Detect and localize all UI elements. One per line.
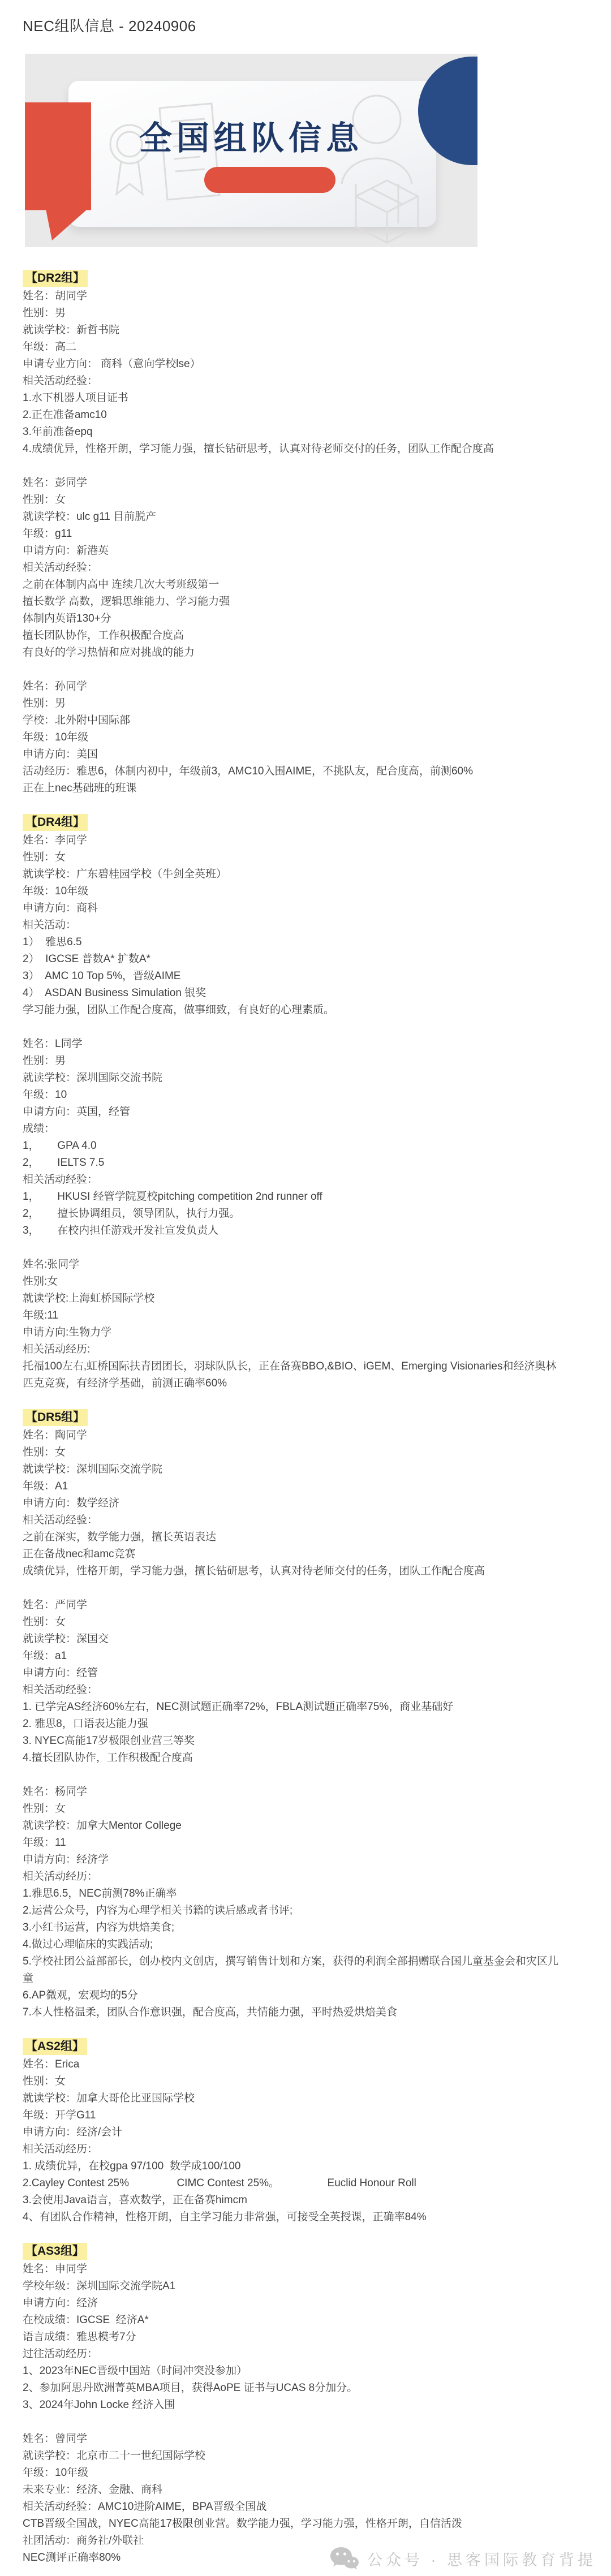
record-line: 就读学校：深国交 — [23, 1631, 566, 1648]
record-line: 申请方向：新港英 — [23, 542, 566, 559]
record-line: 性别:女 — [23, 1273, 566, 1290]
group-section: 【DR2组】姓名：胡同学性别：男就读学校：新哲书院年级：高二申请专业方向： 商科… — [23, 270, 566, 797]
student-record: 姓名：孙同学性别：男学校：北外附中国际部年级：10年级申请方向：美国活动经历：雅… — [23, 678, 566, 797]
page-title: NEC组队信息 - 20240906 — [23, 15, 611, 36]
group-label: 【DR5组】 — [23, 1409, 88, 1426]
record-line: 相关活动经历： — [23, 2141, 566, 2158]
record-line: 年级：g11 — [23, 525, 566, 542]
record-line: 2、参加阿思丹欧洲菁英MBA项目，获得AoPE 证书与UCAS 8分加分。 — [23, 2380, 566, 2397]
record-line: 7.本人性格温柔，团队合作意识强，配合度高，共情能力强，平时热爱烘焙美食 — [23, 2004, 566, 2021]
record-line: 活动经历：雅思6，体制内初中，年级前3，AMC10入围AIME，不挑队友，配合度… — [23, 763, 566, 780]
banner-title: 全国组队信息 — [25, 111, 477, 159]
record-line: 正在上nec基础班的班课 — [23, 780, 566, 797]
record-line: 申请方向：经管 — [23, 1665, 566, 1682]
student-record: 姓名：申同学学校年级：深圳国际交流学院A1申请方向：经济在校成绩：IGCSE 经… — [23, 2261, 566, 2414]
record-line: 6.AP微观，宏观均的5分 — [23, 1987, 566, 2004]
record-line: 就读学校：加拿大Mentor College — [23, 1817, 566, 1834]
record-line: 性别：女 — [23, 2073, 566, 2090]
record-line: 姓名：李同学 — [23, 832, 566, 849]
record-line: 相关活动经历: — [23, 1341, 566, 1358]
record-line: 姓名：严同学 — [23, 1597, 566, 1614]
record-line: 年级：10 — [23, 1087, 566, 1104]
record-line: 3） AMC 10 Top 5%，晋级AIME — [23, 968, 566, 985]
record-line: 2.正在准备amc10 — [23, 407, 566, 424]
student-record: 姓名：严同学性别：女就读学校：深国交年级：a1申请方向：经管相关活动经验：1. … — [23, 1597, 566, 1767]
record-line: CTB晋级全国战，NYEC高能17极限创业营。数学能力强，学习能力强，性格开朗，… — [23, 2515, 566, 2532]
record-line: 申请专业方向： 商科（意向学校lse） — [23, 356, 566, 373]
record-line: 学校年级：深圳国际交流学院A1 — [23, 2278, 566, 2295]
record-line: 姓名：申同学 — [23, 2261, 566, 2278]
record-line: 之前在体制内高中 连续几次大考班级第一 — [23, 576, 566, 593]
record-line: 申请方向：英国，经管 — [23, 1104, 566, 1121]
record-line: 就读学校：新哲书院 — [23, 322, 566, 339]
group-label: 【AS2组】 — [23, 2038, 87, 2055]
record-line: 1. 已学完AS经济60%左右，NEC测试题正确率72%，FBLA测试题正确率7… — [23, 1699, 566, 1716]
record-line: 姓名：曾同学 — [23, 2431, 566, 2448]
record-line: 在校成绩：IGCSE 经济A* — [23, 2312, 566, 2329]
record-line: 2） IGCSE 普数A* 扩数A* — [23, 951, 566, 968]
record-line: 性别：女 — [23, 492, 566, 509]
watermark: 公众号 · 思客国际教育背提 — [330, 2546, 596, 2571]
record-line: 性别：男 — [23, 305, 566, 322]
group-section: 【DR5组】姓名：陶同学性别：女就读学校：深圳国际交流学院年级：A1申请方向：数… — [23, 1409, 566, 2021]
group-header: 【DR4组】 — [23, 814, 566, 832]
record-line: 性别：男 — [23, 1053, 566, 1070]
record-line: 性别：女 — [23, 1614, 566, 1631]
group-section: 【AS3组】姓名：申同学学校年级：深圳国际交流学院A1申请方向：经济在校成绩：I… — [23, 2243, 566, 2566]
record-line: 相关活动经验： — [23, 1512, 566, 1529]
student-record: 姓名：彭同学性别：女就读学校：ulc g11 目前脱产年级：g11申请方向：新港… — [23, 475, 566, 661]
record-line: 年级：10年级 — [23, 2465, 566, 2482]
watermark-text: 公众号 · 思客国际教育背提 — [367, 2548, 596, 2570]
record-line: 姓名：L同学 — [23, 1036, 566, 1053]
record-line: 3.会使用Java语言，喜欢数学，正在备赛himcm — [23, 2192, 566, 2209]
record-line: 申请方向:生物力学 — [23, 1324, 566, 1341]
record-line: 3. NYEC高能17岁极限创业营三等奖 — [23, 1733, 566, 1750]
record-line: 申请方向：商科 — [23, 900, 566, 917]
record-line: 就读学校:上海虹桥国际学校 — [23, 1290, 566, 1307]
record-line: 就读学校：深圳国际交流书院 — [23, 1070, 566, 1087]
record-line: 5.学校社团公益部部长，创办校内文创店，撰写销售计划和方案，获得的利润全部捐赠联… — [23, 1953, 566, 1987]
group-label: 【DR2组】 — [23, 270, 88, 287]
group-header: 【DR2组】 — [23, 270, 566, 288]
record-line: 擅长数学 高数，逻辑思维能力、学习能力强 — [23, 593, 566, 610]
record-line: 托福100左右,虹桥国际扶青团团长，羽球队队长，正在备赛BBO,&BIO、iGE… — [23, 1358, 566, 1392]
record-line: 2， IELTS 7.5 — [23, 1155, 566, 1171]
record-line: 1、2023年NEC晋级中国站（时间冲突没参加） — [23, 2363, 566, 2380]
record-line: 性别：女 — [23, 1800, 566, 1817]
record-line: 相关活动经验： — [23, 1682, 566, 1699]
group-header: 【AS3组】 — [23, 2243, 566, 2261]
record-line: 之前在深实，数学能力强，擅长英语表达 — [23, 1529, 566, 1546]
record-line: 4.做过心理临床的实践活动; — [23, 1936, 566, 1953]
record-line: 学校：北外附中国际部 — [23, 712, 566, 729]
record-line: 性别：女 — [23, 1444, 566, 1461]
student-record: 姓名：L同学性别：男就读学校：深圳国际交流书院年级：10申请方向：英国，经管成绩… — [23, 1036, 566, 1239]
record-line: 就读学校：深圳国际交流学院 — [23, 1461, 566, 1478]
record-line: 2. 雅思8，口语表达能力强 — [23, 1716, 566, 1733]
record-line: 学习能力强，团队工作配合度高，做事细致，有良好的心理素质。 — [23, 1002, 566, 1019]
record-line: 2.Cayley Contest 25% CIMC Contest 25%。 E… — [23, 2175, 566, 2192]
student-record: 姓名：Erica性别：女就读学校：加拿大哥伦比亚国际学校年级：开学G11申请方向… — [23, 2056, 566, 2226]
record-line: 年级:11 — [23, 1307, 566, 1324]
banner-image: 全国组队信息 — [25, 54, 477, 247]
record-line: 性别：女 — [23, 849, 566, 866]
record-line: 1.雅思6.5，NEC前测78%正确率 — [23, 1885, 566, 1902]
record-line: 擅长团队协作，工作积极配合度高 — [23, 627, 566, 644]
record-line: 1） 雅思6.5 — [23, 934, 566, 951]
red-pill-shape — [204, 167, 335, 193]
record-line: 就读学校：北京市二十一世纪国际学校 — [23, 2448, 566, 2465]
record-line: 姓名：杨同学 — [23, 1784, 566, 1800]
record-line: 成绩： — [23, 1121, 566, 1138]
record-line: 相关活动经历： — [23, 1868, 566, 1885]
record-line: 姓名：孙同学 — [23, 678, 566, 695]
student-record: 姓名:张同学性别:女就读学校:上海虹桥国际学校年级:11申请方向:生物力学相关活… — [23, 1256, 566, 1392]
record-line: 年级：a1 — [23, 1648, 566, 1665]
record-line: 3.年前准备epq — [23, 424, 566, 441]
group-section: 【DR4组】姓名：李同学性别：女就读学校：广东碧桂园学校（牛剑全英班）年级：10… — [23, 814, 566, 1392]
record-line: 姓名：彭同学 — [23, 475, 566, 492]
record-line: 相关活动经验： — [23, 559, 566, 576]
group-label: 【AS3组】 — [23, 2243, 87, 2260]
record-line: 相关活动经验：AMC10进阶AIME，BPA晋级全国战 — [23, 2499, 566, 2515]
record-line: 4.成绩优异，性格开朗，学习能力强，擅长钻研思考，认真对待老师交付的任务，团队工… — [23, 441, 566, 458]
group-section: 【AS2组】姓名：Erica性别：女就读学校：加拿大哥伦比亚国际学校年级：开学G… — [23, 2038, 566, 2226]
record-line: 语言成绩：雅思模考7分 — [23, 2329, 566, 2346]
record-line: 年级：11 — [23, 1834, 566, 1851]
wechat-icon — [330, 2546, 359, 2571]
record-line: 4、有团队合作精神，性格开朗，自主学习能力非常强，可接受全英授课，正确率84% — [23, 2209, 566, 2226]
student-record: 姓名：陶同学性别：女就读学校：深圳国际交流学院年级：A1申请方向：数学经济相关活… — [23, 1427, 566, 1580]
record-line: 年级：A1 — [23, 1478, 566, 1495]
record-line: 申请方向：美国 — [23, 746, 566, 763]
record-line: 相关活动经验： — [23, 373, 566, 390]
student-record: 姓名：杨同学性别：女就读学校：加拿大Mentor College年级：11申请方… — [23, 1784, 566, 2021]
record-line: 4.擅长团队协作，工作积极配合度高 — [23, 1750, 566, 1767]
group-label: 【DR4组】 — [23, 814, 88, 831]
record-line: 申请方向：数学经济 — [23, 1495, 566, 1512]
record-line: 成绩优异，性格开朗，学习能力强，擅长钻研思考，认真对待老师交付的任务，团队工作配… — [23, 1563, 566, 1580]
record-line: 就读学校：加拿大哥伦比亚国际学校 — [23, 2090, 566, 2107]
record-line: 过往活动经历： — [23, 2346, 566, 2363]
record-line: 性别：男 — [23, 695, 566, 712]
record-line: 1， HKUSI 经管学院夏校pitching competition 2nd … — [23, 1188, 566, 1205]
record-line: 3.小红书运营，内容为烘焙美食; — [23, 1919, 566, 1936]
record-line: 年级：高二 — [23, 339, 566, 356]
record-line: 1， GPA 4.0 — [23, 1138, 566, 1155]
records: 【DR2组】姓名：胡同学性别：男就读学校：新哲书院年级：高二申请专业方向： 商科… — [23, 270, 566, 2566]
group-header: 【DR5组】 — [23, 1409, 566, 1427]
record-line: 姓名:张同学 — [23, 1256, 566, 1273]
record-line: 1. 成绩优异，在校gpa 97/100 数学成100/100 — [23, 2158, 566, 2175]
record-line: 申请方向：经济学 — [23, 1851, 566, 1868]
record-line: 4） ASDAN Business Simulation 银奖 — [23, 985, 566, 1002]
record-line: 3， 在校内担任游戏开发社宣发负责人 — [23, 1222, 566, 1239]
record-line: 未来专业：经济、金融、商科 — [23, 2482, 566, 2499]
record-line: 年级：10年级 — [23, 729, 566, 746]
record-line: 姓名：胡同学 — [23, 288, 566, 305]
record-line: 2.运营公众号，内容为心理学相关书籍的读后感或者书评; — [23, 1902, 566, 1919]
student-record: 姓名：李同学性别：女就读学校：广东碧桂园学校（牛剑全英班）年级：10年级申请方向… — [23, 832, 566, 1019]
record-line: 申请方向：经济/会计 — [23, 2124, 566, 2141]
record-line: 年级：开学G11 — [23, 2107, 566, 2124]
record-line: 有良好的学习热情和应对挑战的能力 — [23, 644, 566, 661]
record-line: 2， 擅长协调组员，领导团队，执行力强。 — [23, 1205, 566, 1222]
record-line: 申请方向：经济 — [23, 2295, 566, 2312]
record-line: 就读学校：广东碧桂园学校（牛剑全英班） — [23, 866, 566, 883]
record-line: 年级：10年级 — [23, 883, 566, 900]
group-header: 【AS2组】 — [23, 2038, 566, 2056]
record-line: 体制内英语130+分 — [23, 610, 566, 627]
student-record: 姓名：胡同学性别：男就读学校：新哲书院年级：高二申请专业方向： 商科（意向学校l… — [23, 288, 566, 458]
record-line: 1.水下机器人项目证书 — [23, 390, 566, 407]
record-line: 就读学校：ulc g11 目前脱产 — [23, 509, 566, 525]
record-line: 相关活动： — [23, 917, 566, 934]
record-line: 姓名：Erica — [23, 2056, 566, 2073]
record-line: 相关活动经验： — [23, 1171, 566, 1188]
record-line: 正在备战nec和amc竞赛 — [23, 1546, 566, 1563]
record-line: 姓名：陶同学 — [23, 1427, 566, 1444]
record-line: 3、2024年John Locke 经济入围 — [23, 2397, 566, 2414]
